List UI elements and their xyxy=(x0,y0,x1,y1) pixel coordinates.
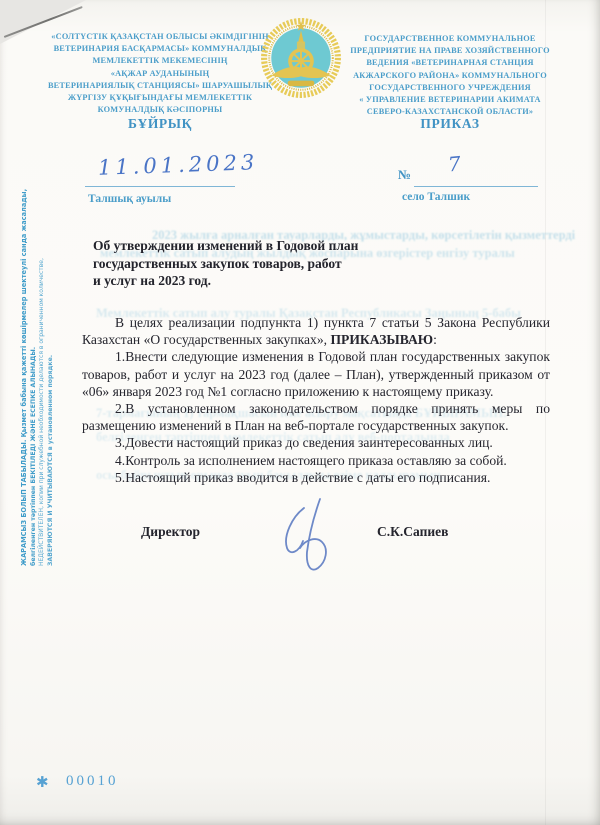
org-name-russian-line: АКЖАРСКОГО РАЙОНА» КОММУНАЛЬНОГО xyxy=(326,70,574,82)
org-name-russian-line: « УПРАВЛЕНИЕ ВЕТЕРИНАРИИ АКИМАТА xyxy=(326,94,574,106)
org-name-russian: ГОСУДАРСТВЕННОЕ КОММУНАЛЬНОЕ ПРЕДПРИЯТИЕ… xyxy=(326,33,574,118)
stamp-line-kazakh: ЖАРАМСЫЗ БОЛЫП ТАБЫЛАДЫ. Қызмет бабына қ… xyxy=(20,256,29,566)
org-name-kazakh-line: «СОЛТҮСТІК ҚАЗАҚСТАН ОБЛЫСЫ ӘКІМДІГІНІҢ xyxy=(36,31,284,43)
body-paragraph-item: 4.Контроль за исполнением настоящего при… xyxy=(82,452,550,469)
number-label: № xyxy=(398,167,411,183)
handwritten-number: 7 xyxy=(447,151,462,176)
body-paragraph-item: 1.Внести следующие изменения в Годовой п… xyxy=(82,348,550,400)
signer-role: Директор xyxy=(141,524,200,540)
org-name-russian-line: ГОСУДАРСТВЕННОГО УЧРЕЖДЕНИЯ xyxy=(326,82,574,94)
org-name-kazakh-line: «АҚЖАР АУДАНЫНЫҢ xyxy=(36,68,284,80)
stamp-line-russian: ЗАВЕРЯЮТСЯ И УЧИТЫВАЮТСЯ в установленном… xyxy=(47,256,56,566)
org-name-russian-line: ВЕДЕНИЯ «ВЕТЕРИНАРНАЯ СТАНЦИЯ xyxy=(326,57,574,69)
blank-serial-number: 00010 xyxy=(66,773,119,790)
org-name-kazakh-line: ВЕТЕРИНАРИЯ БАСҚАРМАСЫ» КОММУНАЛДЫҚ xyxy=(36,43,284,55)
body-paragraph-item: 2.В установленном законодательством поря… xyxy=(82,400,550,434)
body-paragraph-preamble: В целях реализации подпункта 1) пункта 7… xyxy=(82,314,550,348)
kazakhstan-emblem-icon xyxy=(260,15,342,99)
org-name-kazakh-line: КОМУНАЛДЫҚ КӘСІПОРНЫ xyxy=(36,104,284,116)
place-kazakh: Талшық ауылы xyxy=(88,193,171,205)
body-paragraph-item: 3.Довести настоящий приказ до сведения з… xyxy=(82,434,550,451)
org-name-kazakh-line: ЖҮРГІЗУ ҚҰҚЫҒЫНДАҒЫ МЕМЛЕКЕТТІК xyxy=(36,92,284,104)
body-paragraph-item: 5.Настоящий приказ вводится в действие с… xyxy=(82,469,550,486)
scanned-document-page: 2023 жылға арналған тауарларды, жұмыстар… xyxy=(0,0,600,825)
org-name-kazakh-line: ВЕТЕРИНАРИЯЛЫҚ СТАНЦИЯСЫ» ШАРУАШЫЛЫҚ xyxy=(36,80,284,92)
handwritten-date: 11.01.2023 xyxy=(98,150,259,180)
preamble-colon: : xyxy=(433,332,437,347)
doc-type-kazakh: БҰЙРЫҚ xyxy=(36,116,284,132)
handwritten-signature xyxy=(262,492,357,587)
doc-type-russian: ПРИКАЗ xyxy=(326,116,574,132)
signer-name: С.К.Сапиев xyxy=(377,524,448,540)
preamble-bold-word: ПРИКАЗЫВАЮ xyxy=(330,332,433,347)
document-body: В целях реализации подпункта 1) пункта 7… xyxy=(82,314,550,486)
document-title: Об утверждении изменений в Годовой план … xyxy=(93,237,453,290)
org-name-kazakh: «СОЛТҮСТІК ҚАЗАҚСТАН ОБЛЫСЫ ӘКІМДІГІНІҢ … xyxy=(36,31,284,116)
document-title-line: и услуг на 2023 год. xyxy=(93,272,453,290)
org-name-kazakh-line: МЕМЛЕКЕТТІК МЕКЕМЕСІНІҢ xyxy=(36,55,284,67)
blank-validity-stamp: ЖАРАМСЫЗ БОЛЫП ТАБЫЛАДЫ. Қызмет бабына қ… xyxy=(20,256,55,566)
date-underline xyxy=(85,186,235,187)
stamp-line-russian: НЕДЕЙСТВИТЕЛЕН, копии при служебной необ… xyxy=(38,256,47,566)
org-name-russian-line: ГОСУДАРСТВЕННОЕ КОММУНАЛЬНОЕ xyxy=(326,33,574,45)
org-name-russian-line: ПРЕДПРИЯТИЕ НА ПРАВЕ ХОЗЯЙСТВЕННОГО xyxy=(326,45,574,57)
place-russian: село Талшик xyxy=(402,191,470,203)
preamble-text: В целях реализации подпункта 1) пункта 7… xyxy=(82,315,550,347)
document-title-line: Об утверждении изменений в Годовой план xyxy=(93,237,453,255)
stamp-line-kazakh: белгіленген тәртіппен БЕКІТІЛЕДІ ЖӘНЕ ЕС… xyxy=(29,256,38,566)
document-title-line: государственных закупок товаров, работ xyxy=(93,255,453,273)
number-underline xyxy=(414,186,538,187)
blank-star-icon: ✱ xyxy=(36,773,49,791)
